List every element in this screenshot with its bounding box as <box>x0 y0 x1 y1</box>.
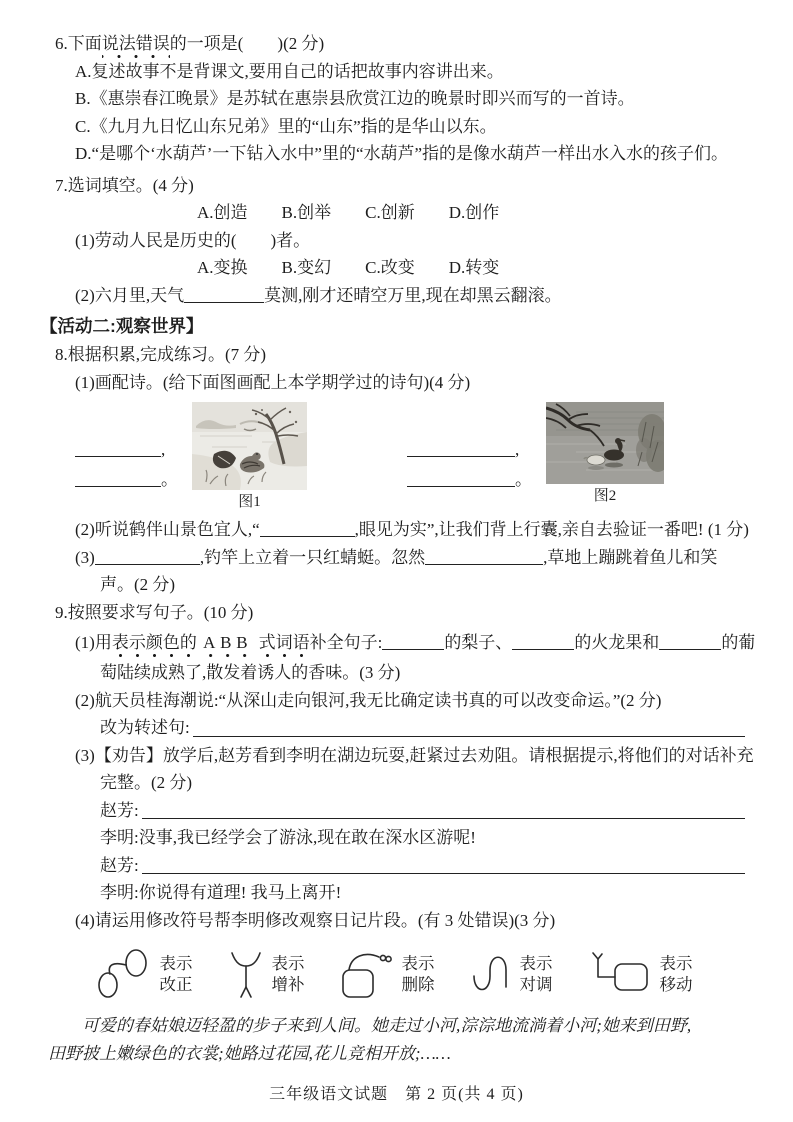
q7-word-options-2: A.变换 B.变幻 C.改变 D.转变 <box>197 254 747 282</box>
symbol-label-bottom: 增补 <box>272 974 305 995</box>
q9-sub1-emphasis-1: 表示颜色的 <box>112 633 197 658</box>
q7-sub1: (1)劳动人民是历史的( )者。 <box>75 227 747 255</box>
q8-sub3-pre: (3) <box>75 548 95 567</box>
q6-option-b: B.《惠崇春江晚景》是苏轼在惠崇县欣赏江边的晚景时即兴而写的一首诗。 <box>75 85 747 113</box>
q9-sub2-answer-line: 改为转述句: <box>100 714 747 742</box>
q9-sub1-pre: (1)用 <box>75 633 112 652</box>
q9-sub3-line1: (3)【劝告】放学后,赵芳看到李明在湖边玩耍,赶紧过去劝阻。请根据提示,将他们的… <box>75 742 747 770</box>
dialog-speaker: 李明: <box>100 883 139 902</box>
answer-blank <box>95 550 200 565</box>
diary-passage-line1: 可爱的春姑娘迈轻盈的步子来到人间。她走过小河,淙淙地流淌着小河;她来到田野, <box>48 1012 747 1040</box>
dialog-speaker: 赵芳: <box>100 797 139 825</box>
dialog-text: 没事,我已经学会了游泳,现在敢在深水区游呢! <box>139 828 476 847</box>
q8-sub2: (2)听说鹤伴山景色宜人,“,眼见为实”,让我们背上行囊,亲自去验证一番吧! (… <box>75 516 747 544</box>
q8-sub3-continuation: 声。(2 分) <box>100 571 747 599</box>
symbol-label-top: 表示 <box>660 953 693 974</box>
figure-2-blanks: , 。 <box>407 402 532 514</box>
figure-2-caption: 图2 <box>594 486 617 506</box>
dialog-row-liming-1: 李明:没事,我已经学会了游泳,现在敢在深水区游呢! <box>100 824 747 852</box>
symbol-move: 表示移动 <box>589 950 693 998</box>
q7-word-options-1: A.创造 B.创举 C.创新 D.创作 <box>197 199 747 227</box>
answer-blank <box>142 852 745 875</box>
question-7: 7.选词填空。(4 分) A.创造 B.创举 C.创新 D.创作 (1)劳动人民… <box>40 172 747 310</box>
question-8: 8.根据积累,完成练习。(7 分) (1)画配诗。(给下面图画配上本学期学过的诗… <box>40 341 747 599</box>
answer-blank <box>75 442 161 457</box>
q6-stem: 6.下面说法错误的一项是( )(2 分) <box>55 30 747 58</box>
q8-sub3: (3),钓竿上立着一只红蜻蜓。忽然,草地上蹦跳着鱼儿和笑 <box>75 544 747 572</box>
deletion-mark-icon <box>341 948 393 1000</box>
punct-comma: , <box>161 440 165 459</box>
swap-mark-icon <box>471 949 511 999</box>
symbol-label-top: 表示 <box>402 953 435 974</box>
answer-blank <box>184 288 264 303</box>
symbol-insertion: 表示增补 <box>229 948 305 1000</box>
q9-sub3-line2: 完整。(2 分) <box>100 769 747 797</box>
q6-stem-post: 的一项是( )(2 分) <box>170 34 324 53</box>
symbol-deletion: 表示删除 <box>341 948 435 1000</box>
symbol-label-top: 表示 <box>272 953 305 974</box>
insertion-mark-icon <box>229 948 263 1000</box>
punct-comma: , <box>515 440 519 459</box>
q9-sub1-seg1: 的梨子、 <box>444 633 512 652</box>
question-9: 9.按照要求写句子。(10 分) (1)用表示颜色的 ABB 式词语补全句子:的… <box>40 599 747 1068</box>
q7-sub2-post: 莫测,刚才还晴空万里,现在却黑云翻滚。 <box>264 286 562 305</box>
figure-1-caption: 图1 <box>238 492 261 512</box>
dialog-row-liming-2: 李明:你说得有道理! 我马上离开! <box>100 879 747 907</box>
q9-sub1-seg3: 的葡 <box>721 633 755 652</box>
answer-blank <box>425 550 543 565</box>
question-6: 6.下面说法错误的一项是( )(2 分) A.复述故事不是背课文,要用自己的话把… <box>40 30 747 168</box>
proofreading-symbols-legend: 表示改正 表示增补 表示删除 <box>40 944 747 1004</box>
figure-1-group: , 。 <box>75 402 307 514</box>
q9-sub2-label: 改为转述句: <box>100 714 190 742</box>
q8-sub2-post: ,眼见为实”,让我们背上行囊,亲自去验证一番吧! (1 分) <box>355 520 749 539</box>
symbol-label-top: 表示 <box>160 953 193 974</box>
answer-blank <box>512 635 574 650</box>
figure-1-blanks: , 。 <box>75 402 178 514</box>
q6-stem-pre: 6.下面 <box>55 34 102 53</box>
q7-stem: 7.选词填空。(4 分) <box>55 172 747 200</box>
q7-sub2: (2)六月里,天气莫测,刚才还晴空万里,现在却黑云翻滚。 <box>75 282 747 310</box>
answer-blank <box>659 635 721 650</box>
q6-option-a: A.复述故事不是背课文,要用自己的话把故事内容讲出来。 <box>75 58 747 86</box>
symbol-label-bottom: 对调 <box>520 974 553 995</box>
symbol-label-bottom: 移动 <box>660 974 693 995</box>
move-mark-icon <box>589 950 651 998</box>
figure-2-photo-ducks <box>546 402 664 484</box>
dialog-row-zhaofang-1: 赵芳: <box>100 797 747 825</box>
page-footer: 三年级语文试题 第 2 页(共 4 页) <box>0 1081 793 1104</box>
q9-sub1-continuation: 萄陆续成熟了,散发着诱人的香味。(3 分) <box>100 659 747 687</box>
answer-blank <box>407 472 515 487</box>
punct-period: 。 <box>161 470 178 489</box>
q9-sub4: (4)请运用修改符号帮李明修改观察日记片段。(有 3 处错误)(3 分) <box>75 907 747 935</box>
diary-passage-line2: 田野披上嫩绿色的衣裳;她路过花园,花儿竞相开放;…… <box>48 1040 747 1068</box>
dialog-text: 你说得有道理! 我马上离开! <box>139 883 342 902</box>
dialog-speaker: 李明: <box>100 828 139 847</box>
q8-stem: 8.根据积累,完成练习。(7 分) <box>55 341 747 369</box>
q9-sub2: (2)航天员桂海潮说:“从深山走向银河,我无比确定读书真的可以改变命运。”(2 … <box>75 687 747 715</box>
q9-sub1-emphasis-abb: ABB <box>203 633 252 658</box>
dialog-row-zhaofang-2: 赵芳: <box>100 852 747 880</box>
figure-1-painting-ducks <box>192 402 307 490</box>
q6-option-d: D.“是哪个‘水葫芦’一下钻入水中”里的“水葫芦”指的是像水葫芦一样出水入水的孩… <box>75 140 747 168</box>
q7-sub2-pre: (2)六月里,天气 <box>75 286 184 305</box>
q8-sub3-post: ,草地上蹦跳着鱼儿和笑 <box>543 548 717 567</box>
q8-sub3-mid: ,钓竿上立着一只红蜻蜓。忽然 <box>200 548 425 567</box>
correction-mark-icon <box>95 948 151 1000</box>
q6-option-c: C.《九月九日忆山东兄弟》里的“山东”指的是华山以东。 <box>75 113 747 141</box>
q6-stem-emphasis: 说法错误 <box>102 34 170 59</box>
answer-blank <box>75 472 161 487</box>
punct-period: 。 <box>515 470 532 489</box>
section-2-title: 【活动二:观察世界】 <box>40 312 747 341</box>
answer-blank <box>260 522 355 537</box>
q9-sub1: (1)用表示颜色的 ABB 式词语补全句子:的梨子、的火龙果和的葡 <box>75 626 747 659</box>
dialog-speaker: 赵芳: <box>100 852 139 880</box>
q8-sub1: (1)画配诗。(给下面图画配上本学期学过的诗句)(4 分) <box>75 369 747 397</box>
diary-passage: 可爱的春姑娘迈轻盈的步子来到人间。她走过小河,淙淙地流淌着小河;她来到田野, 田… <box>40 1012 747 1067</box>
answer-blank <box>193 714 745 737</box>
symbol-label-top: 表示 <box>520 953 553 974</box>
answer-blank <box>382 635 444 650</box>
figure-2-group: , 。 <box>407 402 664 514</box>
q8-figures-row: , 。 <box>75 402 747 514</box>
symbol-label-bottom: 改正 <box>160 974 193 995</box>
q9-stem: 9.按照要求写句子。(10 分) <box>55 599 747 627</box>
q9-sub1-mid: 补全句子: <box>310 633 383 652</box>
symbol-correction: 表示改正 <box>95 948 193 1000</box>
q9-sub1-seg2: 的火龙果和 <box>574 633 659 652</box>
symbol-swap: 表示对调 <box>471 949 553 999</box>
exam-page: 6.下面说法错误的一项是( )(2 分) A.复述故事不是背课文,要用自己的话把… <box>0 0 793 1122</box>
q8-sub2-pre: (2)听说鹤伴山景色宜人,“ <box>75 520 260 539</box>
answer-blank <box>142 797 745 820</box>
answer-blank <box>407 442 515 457</box>
q9-sub1-emphasis-2: 式词语 <box>259 633 310 658</box>
symbol-label-bottom: 删除 <box>402 974 435 995</box>
